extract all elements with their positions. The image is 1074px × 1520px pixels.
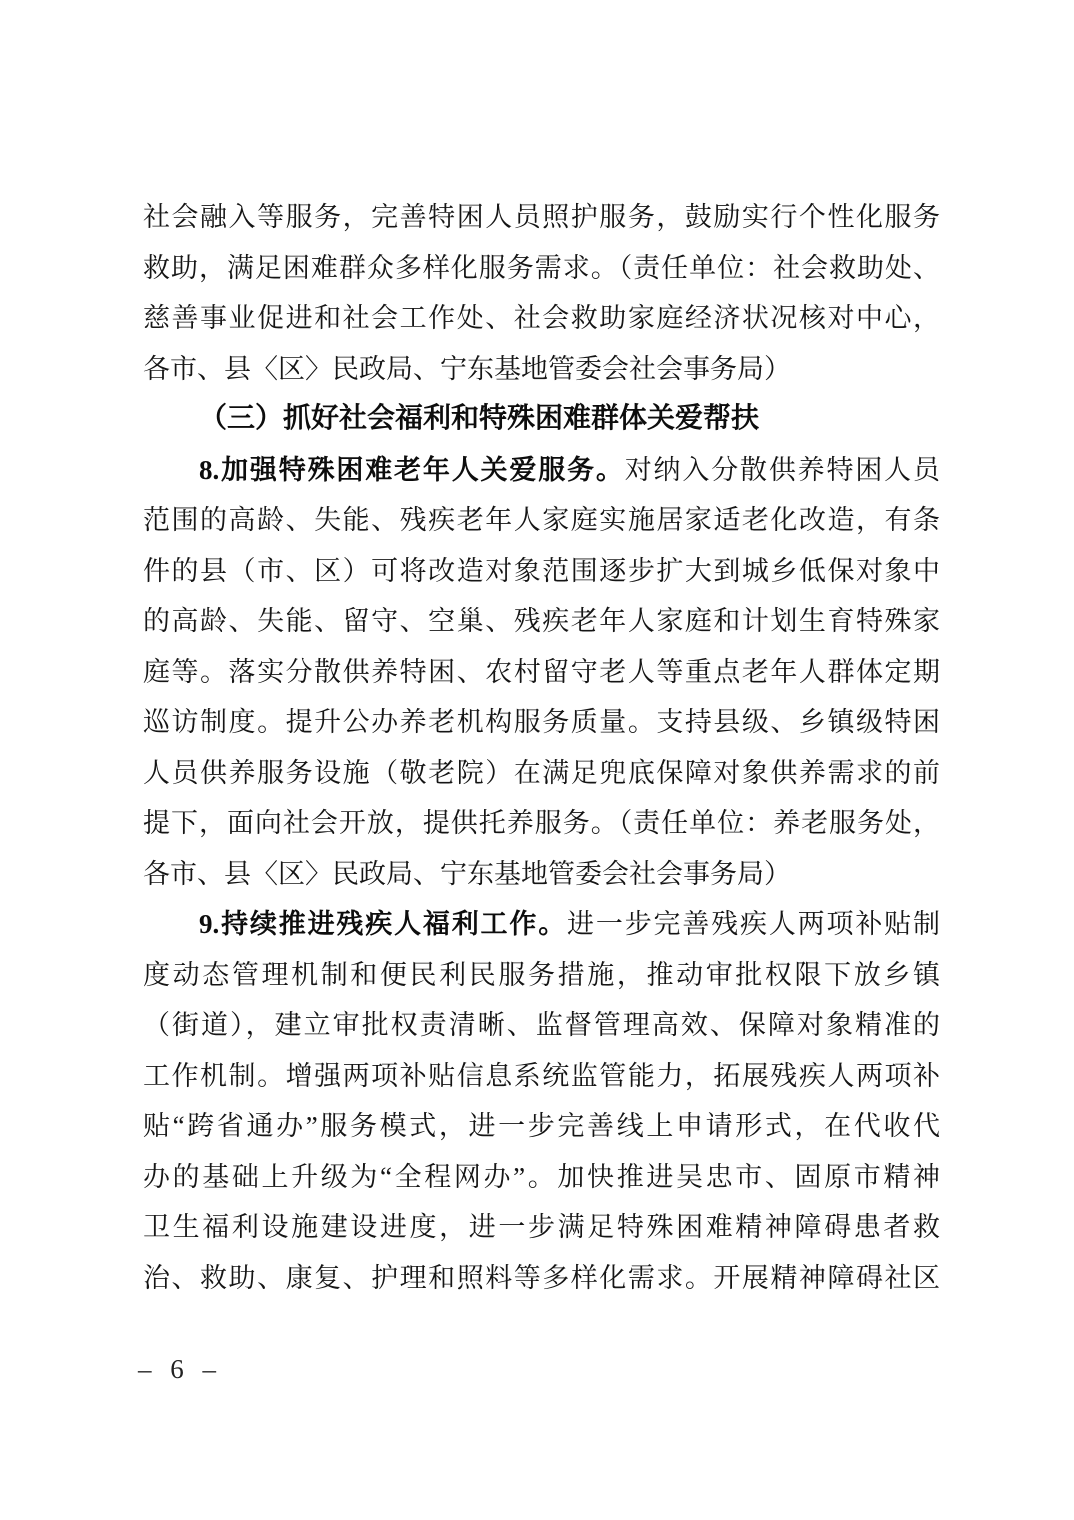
doc-line: 人员供养服务设施（敬老院）在满足兜底保障对象供养需求的前 <box>143 748 940 799</box>
doc-line: 各市、县〈区〉民政局、宁东基地管委会社会事务局） <box>143 849 940 900</box>
page-number: – 6 – <box>138 1349 222 1389</box>
section-heading: （三）抓好社会福利和特殊困难群体关爱帮扶 <box>143 394 940 445</box>
doc-line: 提下，面向社会开放，提供托养服务。（责任单位：养老服务处， <box>143 798 940 849</box>
doc-line: 巡访制度。提升公办养老机构服务质量。支持县级、乡镇级特困 <box>143 697 940 748</box>
document-page: 社会融入等服务，完善特困人员照护服务，鼓励实行个性化服务 救助，满足困难群众多样… <box>0 0 1074 1520</box>
item-lead-bold: 8.加强特殊困难老年人关爱服务。 <box>199 455 625 485</box>
text-block: 社会融入等服务，完善特困人员照护服务，鼓励实行个性化服务 救助，满足困难群众多样… <box>143 192 940 1303</box>
doc-line: 治、救助、康复、护理和照料等多样化需求。开展精神障碍社区 <box>143 1253 940 1304</box>
doc-line: 范围的高龄、失能、残疾老年人家庭实施居家适老化改造，有条 <box>143 495 940 546</box>
doc-line: 件的县（市、区）可将改造对象范围逐步扩大到城乡低保对象中 <box>143 546 940 597</box>
item-body-text: 进一步完善残疾人两项补贴制 <box>567 909 940 939</box>
doc-line: 社会融入等服务，完善特困人员照护服务，鼓励实行个性化服务 <box>143 192 940 243</box>
doc-line: 各市、县〈区〉民政局、宁东基地管委会社会事务局） <box>143 344 940 395</box>
doc-line: 慈善事业促进和社会工作处、社会救助家庭经济状况核对中心， <box>143 293 940 344</box>
item-lead-bold: 9.持续推进残疾人福利工作。 <box>199 909 567 939</box>
doc-line: 工作机制。增强两项补贴信息系统监管能力，拓展残疾人两项补 <box>143 1051 940 1102</box>
doc-line: 8.加强特殊困难老年人关爱服务。对纳入分散供养特困人员 <box>143 445 940 496</box>
doc-line: 庭等。落实分散供养特困、农村留守老人等重点老年人群体定期 <box>143 647 940 698</box>
doc-line: （街道），建立审批权责清晰、监督管理高效、保障对象精准的 <box>143 1000 940 1051</box>
doc-line: 的高龄、失能、留守、空巢、残疾老年人家庭和计划生育特殊家 <box>143 596 940 647</box>
item-body-text: 对纳入分散供养特困人员 <box>625 455 940 485</box>
doc-line: 贴“跨省通办”服务模式，进一步完善线上申请形式，在代收代 <box>143 1101 940 1152</box>
doc-line: 卫生福利设施建设进度，进一步满足特殊困难精神障碍患者救 <box>143 1202 940 1253</box>
doc-line: 9.持续推进残疾人福利工作。进一步完善残疾人两项补贴制 <box>143 899 940 950</box>
doc-line: 救助，满足困难群众多样化服务需求。（责任单位：社会救助处、 <box>143 243 940 294</box>
doc-line: 度动态管理机制和便民利民服务措施，推动审批权限下放乡镇 <box>143 950 940 1001</box>
doc-line: 办的基础上升级为“全程网办”。加快推进吴忠市、固原市精神 <box>143 1152 940 1203</box>
